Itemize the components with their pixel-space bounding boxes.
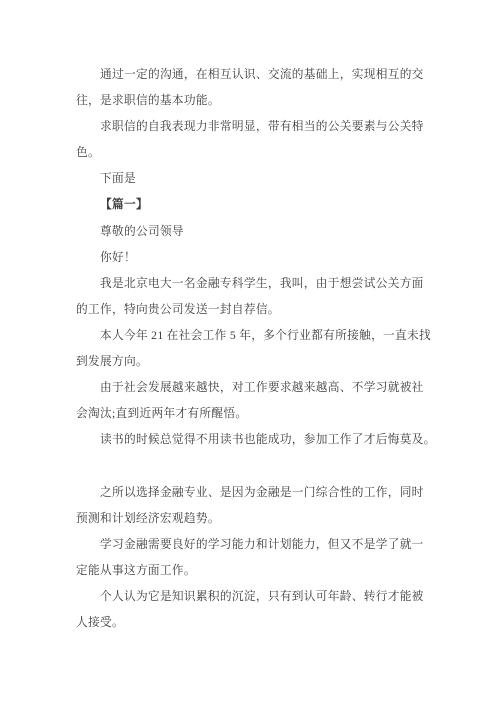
text-line: 定能从事这方面工作。 (76, 558, 428, 584)
section-heading: 【篇一】 (76, 192, 428, 218)
text-line: 的工作，特向贵公司发送一封自荐信。 (76, 297, 428, 323)
text-line: 通过一定的沟通，在相互认识、交流的基础上，实现相互的交 (76, 62, 428, 88)
text-line: 色。 (76, 140, 428, 166)
text-line: 求职信的自我表现力非常明显，带有相当的公关要素与公关特 (76, 114, 428, 140)
document-page: 通过一定的沟通，在相互认识、交流的基础上，实现相互的交 往，是求职信的基本功能。… (0, 0, 500, 707)
text-line: 学习金融需要良好的学习能力和计划能力，但又不是学了就一 (76, 532, 428, 558)
text-line: 本人今年 21 在社会工作 5 年，多个行业都有所接触，一直未找 (76, 323, 428, 349)
text-line: 人接受。 (76, 610, 428, 636)
text-line: 个人认为它是知识累积的沉淀，只有到认可年龄、转行才能被 (76, 584, 428, 610)
text-line: 之所以选择金融专业、是因为金融是一门综合性的工作，同时 (76, 480, 428, 506)
salutation-line: 尊敬的公司领导 (76, 219, 428, 245)
greeting-line: 你好！ (76, 245, 428, 271)
text-line: 我是北京电大一名金融专科学生，我叫，由于想尝试公关方面 (76, 271, 428, 297)
text-line: 预测和计划经济宏观趋势。 (76, 506, 428, 532)
blank-line (76, 453, 428, 479)
text-line: 会淘汰;直到近两年才有所醒悟。 (76, 401, 428, 427)
text-line: 由于社会发展越来越快，对工作要求越来越高、不学习就被社 (76, 375, 428, 401)
text-line: 下面是 (76, 166, 428, 192)
text-line: 到发展方向。 (76, 349, 428, 375)
text-line: 往，是求职信的基本功能。 (76, 88, 428, 114)
text-line: 读书的时候总觉得不用读书也能成功，参加工作了才后悔莫及。 (76, 427, 428, 453)
